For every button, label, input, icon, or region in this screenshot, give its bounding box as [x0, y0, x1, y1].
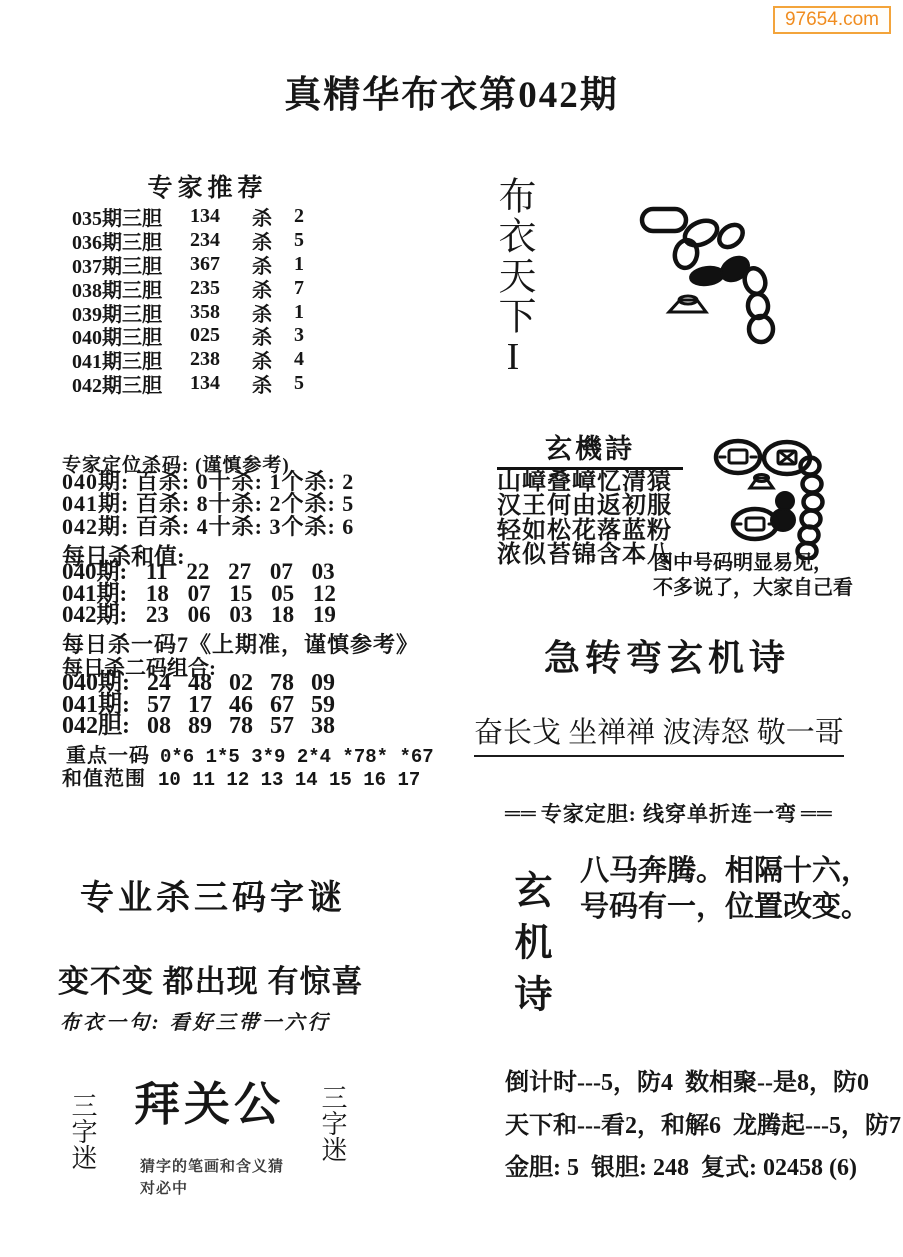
xuanji-poem-heading: 玄機詩 — [497, 427, 683, 470]
buyi-sentence: 布衣一句: 看好三带一六行 — [60, 1006, 331, 1035]
poem-line: 轻如松花落蓝粉 — [497, 519, 683, 543]
beans-sketch-icon — [585, 196, 785, 356]
table-row: 042期三胆134杀5 — [72, 369, 304, 393]
three-word-riddle-answer: 拜关公 — [134, 1068, 284, 1134]
three-word-riddle-right-label: 三字迷 — [314, 1084, 351, 1179]
sum-range-label: 和值范围 — [62, 768, 146, 790]
lottery-sheet-page: 97654.com 真精华布衣第042期 专家推荐 035期三胆134杀2 03… — [0, 0, 903, 1257]
prediction-line: 天下和---看2，和解6 龙腾起---5，防7 — [505, 1105, 901, 1148]
poem-line: 汉王何由返初服 — [497, 494, 683, 518]
table-row: 042期: 23 06 03 18 19 — [62, 604, 336, 626]
dan-value: 358 — [190, 301, 252, 324]
sharp-turn-heading: 急转弯玄机诗 — [462, 630, 872, 681]
position-kill-table: 040期: 百杀: 0十杀: 1个杀: 2 041期: 百杀: 8十杀: 2个杀… — [62, 471, 354, 538]
kill-value: 5 — [294, 229, 304, 252]
watermark-badge: 97654.com — [773, 6, 891, 34]
riddle-note-line1: 猜字的笔画和含义猜 — [140, 1155, 284, 1176]
period-label: 042期三胆 — [72, 369, 190, 398]
kill-value: 3 — [294, 324, 304, 347]
table-row: 041期: 百杀: 8十杀: 2个杀: 5 — [62, 493, 354, 515]
three-word-riddle-left-label: 三字迷 — [64, 1092, 101, 1187]
bottom-prediction-block: 倒计时---5，防4 数相聚--是8，防0 天下和---看2，和解6 龙腾起--… — [505, 1062, 901, 1190]
dan-value: 134 — [190, 372, 252, 395]
table-row: 042胆: 08 89 78 57 38 — [62, 716, 335, 738]
caption-line: 图中号码明显易见， — [653, 551, 853, 576]
coins-sketch-icon — [698, 430, 833, 560]
sharp-turn-riddle-line: 奋长戈 坐禅禅 波涛怒 敬一哥 — [474, 710, 844, 757]
expert-recommend-table: 035期三胆134杀2 036期三胆234杀5 037期三胆367杀1 038期… — [72, 202, 304, 393]
buyi-tianxia-vertical-title: 布衣天下I — [486, 176, 541, 391]
daily-kill-two-table: 040期: 24 48 02 78 09 041期: 57 17 46 67 5… — [62, 673, 335, 738]
banner-left-rule: ══ — [505, 801, 537, 826]
banner-right-rule: ══ — [801, 801, 833, 826]
horse-line: 八马奔腾。相隔十六， — [580, 853, 870, 889]
banner-text: 专家定胆: 线穿单折连一弯 — [541, 798, 797, 828]
table-row: 038期三胆235杀7 — [72, 274, 304, 298]
xuanji-poem-box: 玄機詩 山嶂叠嶂忆清猿 汉王何由返初服 轻如松花落蓝粉 浓似苔锦含本八 — [497, 427, 683, 568]
poem-line: 山嶂叠嶂忆清猿 — [497, 470, 683, 494]
kill-three-riddle-heading: 专业杀三码字谜 — [80, 870, 346, 919]
expert-dan-banner: ══ 专家定胆: 线穿单折连一弯 ══ — [505, 798, 833, 828]
caption-line: 不多说了，大家自己看 — [653, 576, 853, 601]
horse-line: 号码有一，位置改变。 — [580, 889, 870, 925]
table-row: 040期: 11 22 27 07 03 — [62, 561, 336, 583]
prediction-line: 倒计时---5，防4 数相聚--是8，防0 — [505, 1062, 901, 1105]
table-row: 040期: 百杀: 0十杀: 1个杀: 2 — [62, 471, 354, 493]
kill-value: 1 — [294, 301, 304, 324]
kill-value: 1 — [294, 253, 304, 276]
table-row: 036期三胆234杀5 — [72, 226, 304, 250]
table-row: 040期三胆025杀3 — [72, 321, 304, 345]
sum-range-value: 10 11 12 13 14 15 16 17 — [158, 769, 420, 791]
expert-recommend-heading: 专家推荐 — [60, 168, 355, 204]
table-row: 042期: 百杀: 4十杀: 3个杀: 6 — [62, 516, 354, 538]
dan-value: 367 — [190, 253, 252, 276]
daily-kill-sum-table: 040期: 11 22 27 07 03 041期: 18 07 15 05 1… — [62, 561, 336, 626]
kill-three-riddle-line: 变不变 都出现 有惊喜 — [58, 956, 364, 1001]
kill-value: 5 — [294, 372, 304, 395]
table-row: 041期三胆238杀4 — [72, 345, 304, 369]
table-row: 037期三胆367杀1 — [72, 250, 304, 274]
riddle-note-line2: 对必中 — [140, 1177, 188, 1198]
kill-value: 2 — [294, 205, 304, 228]
kill-value: 4 — [294, 348, 304, 371]
page-title: 真精华布衣第042期 — [0, 64, 903, 118]
table-row: 035期三胆134杀2 — [72, 202, 304, 226]
table-row: 041期: 18 07 15 05 12 — [62, 583, 336, 605]
kill-value: 7 — [294, 277, 304, 300]
sum-range-row: 和值范围10 11 12 13 14 15 16 17 — [62, 762, 420, 791]
dan-value: 238 — [190, 348, 252, 371]
xuanji-vertical-label: 玄机诗 — [502, 870, 557, 1035]
coins-caption: 图中号码明显易见， 不多说了，大家自己看 — [653, 551, 853, 600]
dan-value: 235 — [190, 277, 252, 300]
dan-value: 134 — [190, 205, 252, 228]
dan-value: 234 — [190, 229, 252, 252]
table-row: 039期三胆358杀1 — [72, 298, 304, 322]
horse-poem-block: 八马奔腾。相隔十六， 号码有一，位置改变。 — [580, 853, 870, 925]
dan-value: 025 — [190, 324, 252, 347]
prediction-line: 金胆: 5 银胆: 248 复式: 02458 (6) — [505, 1147, 901, 1190]
kill-label: 杀 — [252, 369, 294, 398]
